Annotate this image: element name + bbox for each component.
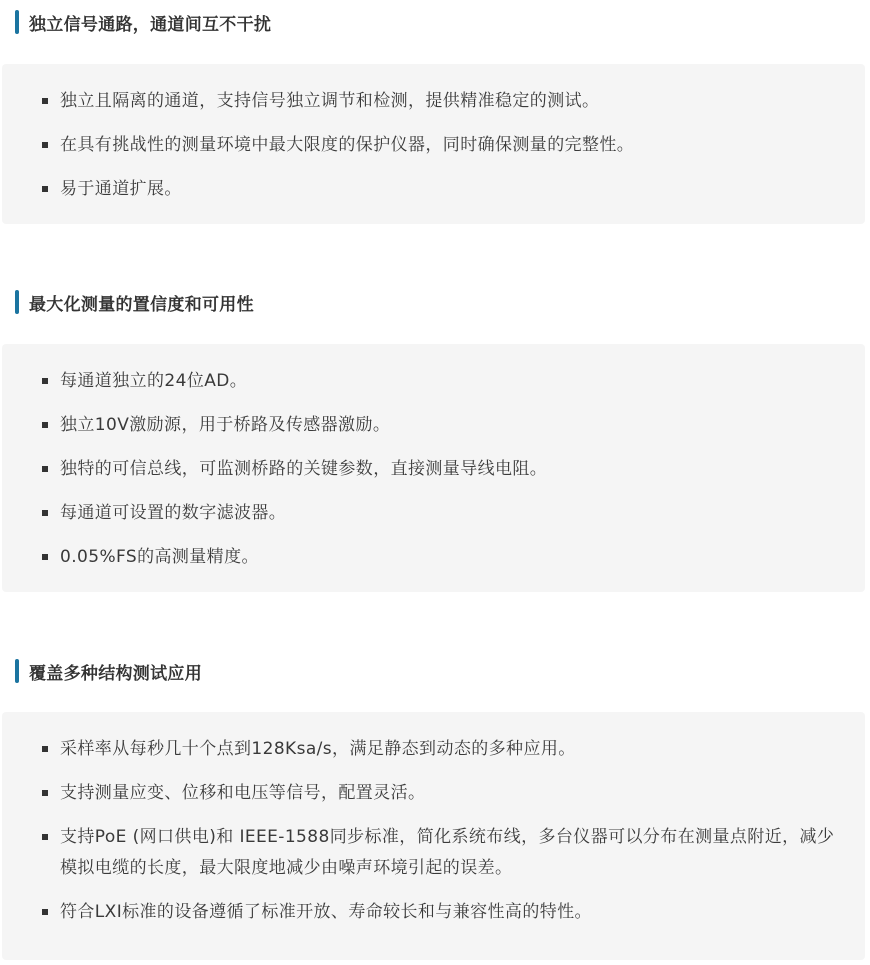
list-item: 独特的可信总线，可监测桥路的关键参数，直接测量导线电阻。 <box>42 454 845 485</box>
list-item-text: 每通道独立的24位AD。 <box>60 371 247 391</box>
square-bullet-icon <box>42 834 48 840</box>
section-title-2: 最大化测量的置信度和可用性 <box>15 290 254 314</box>
square-bullet-icon <box>42 466 48 472</box>
list-item: 符合LXI标准的设备遵循了标准开放、寿命较长和与兼容性高的特性。 <box>42 897 845 928</box>
feature-card-2: 每通道独立的24位AD。 独立10V激励源，用于桥路及传感器激励。 独特的可信总… <box>2 344 865 592</box>
accent-bar-icon <box>15 10 19 34</box>
list-item-text: 符合LXI标准的设备遵循了标准开放、寿命较长和与兼容性高的特性。 <box>60 902 592 922</box>
list-item-text: 独立10V激励源，用于桥路及传感器激励。 <box>60 415 390 435</box>
list-item: 每通道可设置的数字滤波器。 <box>42 498 845 529</box>
list-item-text: 支持测量应变、位移和电压等信号，配置灵活。 <box>60 783 425 803</box>
square-bullet-icon <box>42 186 48 192</box>
list-item: 在具有挑战性的测量环境中最大限度的保护仪器，同时确保测量的完整性。 <box>42 130 845 161</box>
square-bullet-icon <box>42 510 48 516</box>
feature-list: 每通道独立的24位AD。 独立10V激励源，用于桥路及传感器激励。 独特的可信总… <box>42 366 845 573</box>
list-item-text: 独特的可信总线，可监测桥路的关键参数，直接测量导线电阻。 <box>60 459 547 479</box>
list-item: 易于通道扩展。 <box>42 174 845 205</box>
square-bullet-icon <box>42 790 48 796</box>
accent-bar-icon <box>15 290 19 314</box>
list-item: 每通道独立的24位AD。 <box>42 366 845 397</box>
list-item-text: 支持PoE (网口供电)和 IEEE-1588同步标准，简化系统布线，多台仪器可… <box>60 827 834 878</box>
square-bullet-icon <box>42 142 48 148</box>
list-item: 采样率从每秒几十个点到128Ksa/s，满足静态到动态的多种应用。 <box>42 734 845 765</box>
square-bullet-icon <box>42 422 48 428</box>
list-item: 支持PoE (网口供电)和 IEEE-1588同步标准，简化系统布线，多台仪器可… <box>42 822 845 884</box>
feature-list: 采样率从每秒几十个点到128Ksa/s，满足静态到动态的多种应用。 支持测量应变… <box>42 734 845 928</box>
square-bullet-icon <box>42 554 48 560</box>
list-item-text: 易于通道扩展。 <box>60 179 182 199</box>
list-item-text: 采样率从每秒几十个点到128Ksa/s，满足静态到动态的多种应用。 <box>60 739 576 759</box>
section-heading: 覆盖多种结构测试应用 <box>29 659 202 684</box>
section-title-1: 独立信号通路，通道间互不干扰 <box>15 10 271 34</box>
list-item: 独立且隔离的通道，支持信号独立调节和检测，提供精准稳定的测试。 <box>42 86 845 117</box>
section-heading: 最大化测量的置信度和可用性 <box>29 290 254 315</box>
feature-list: 独立且隔离的通道，支持信号独立调节和检测，提供精准稳定的测试。 在具有挑战性的测… <box>42 86 845 205</box>
square-bullet-icon <box>42 746 48 752</box>
list-item: 0.05%FS的高测量精度。 <box>42 542 845 573</box>
list-item-text: 0.05%FS的高测量精度。 <box>60 547 259 567</box>
feature-card-3: 采样率从每秒几十个点到128Ksa/s，满足静态到动态的多种应用。 支持测量应变… <box>2 712 865 960</box>
section-title-3: 覆盖多种结构测试应用 <box>15 659 202 683</box>
list-item-text: 在具有挑战性的测量环境中最大限度的保护仪器，同时确保测量的完整性。 <box>60 135 634 155</box>
square-bullet-icon <box>42 378 48 384</box>
section-heading: 独立信号通路，通道间互不干扰 <box>29 10 271 35</box>
accent-bar-icon <box>15 659 19 683</box>
square-bullet-icon <box>42 909 48 915</box>
feature-card-1: 独立且隔离的通道，支持信号独立调节和检测，提供精准稳定的测试。 在具有挑战性的测… <box>2 64 865 224</box>
list-item-text: 独立且隔离的通道，支持信号独立调节和检测，提供精准稳定的测试。 <box>60 91 599 111</box>
square-bullet-icon <box>42 98 48 104</box>
list-item: 支持测量应变、位移和电压等信号，配置灵活。 <box>42 778 845 809</box>
list-item: 独立10V激励源，用于桥路及传感器激励。 <box>42 410 845 441</box>
list-item-text: 每通道可设置的数字滤波器。 <box>60 503 286 523</box>
